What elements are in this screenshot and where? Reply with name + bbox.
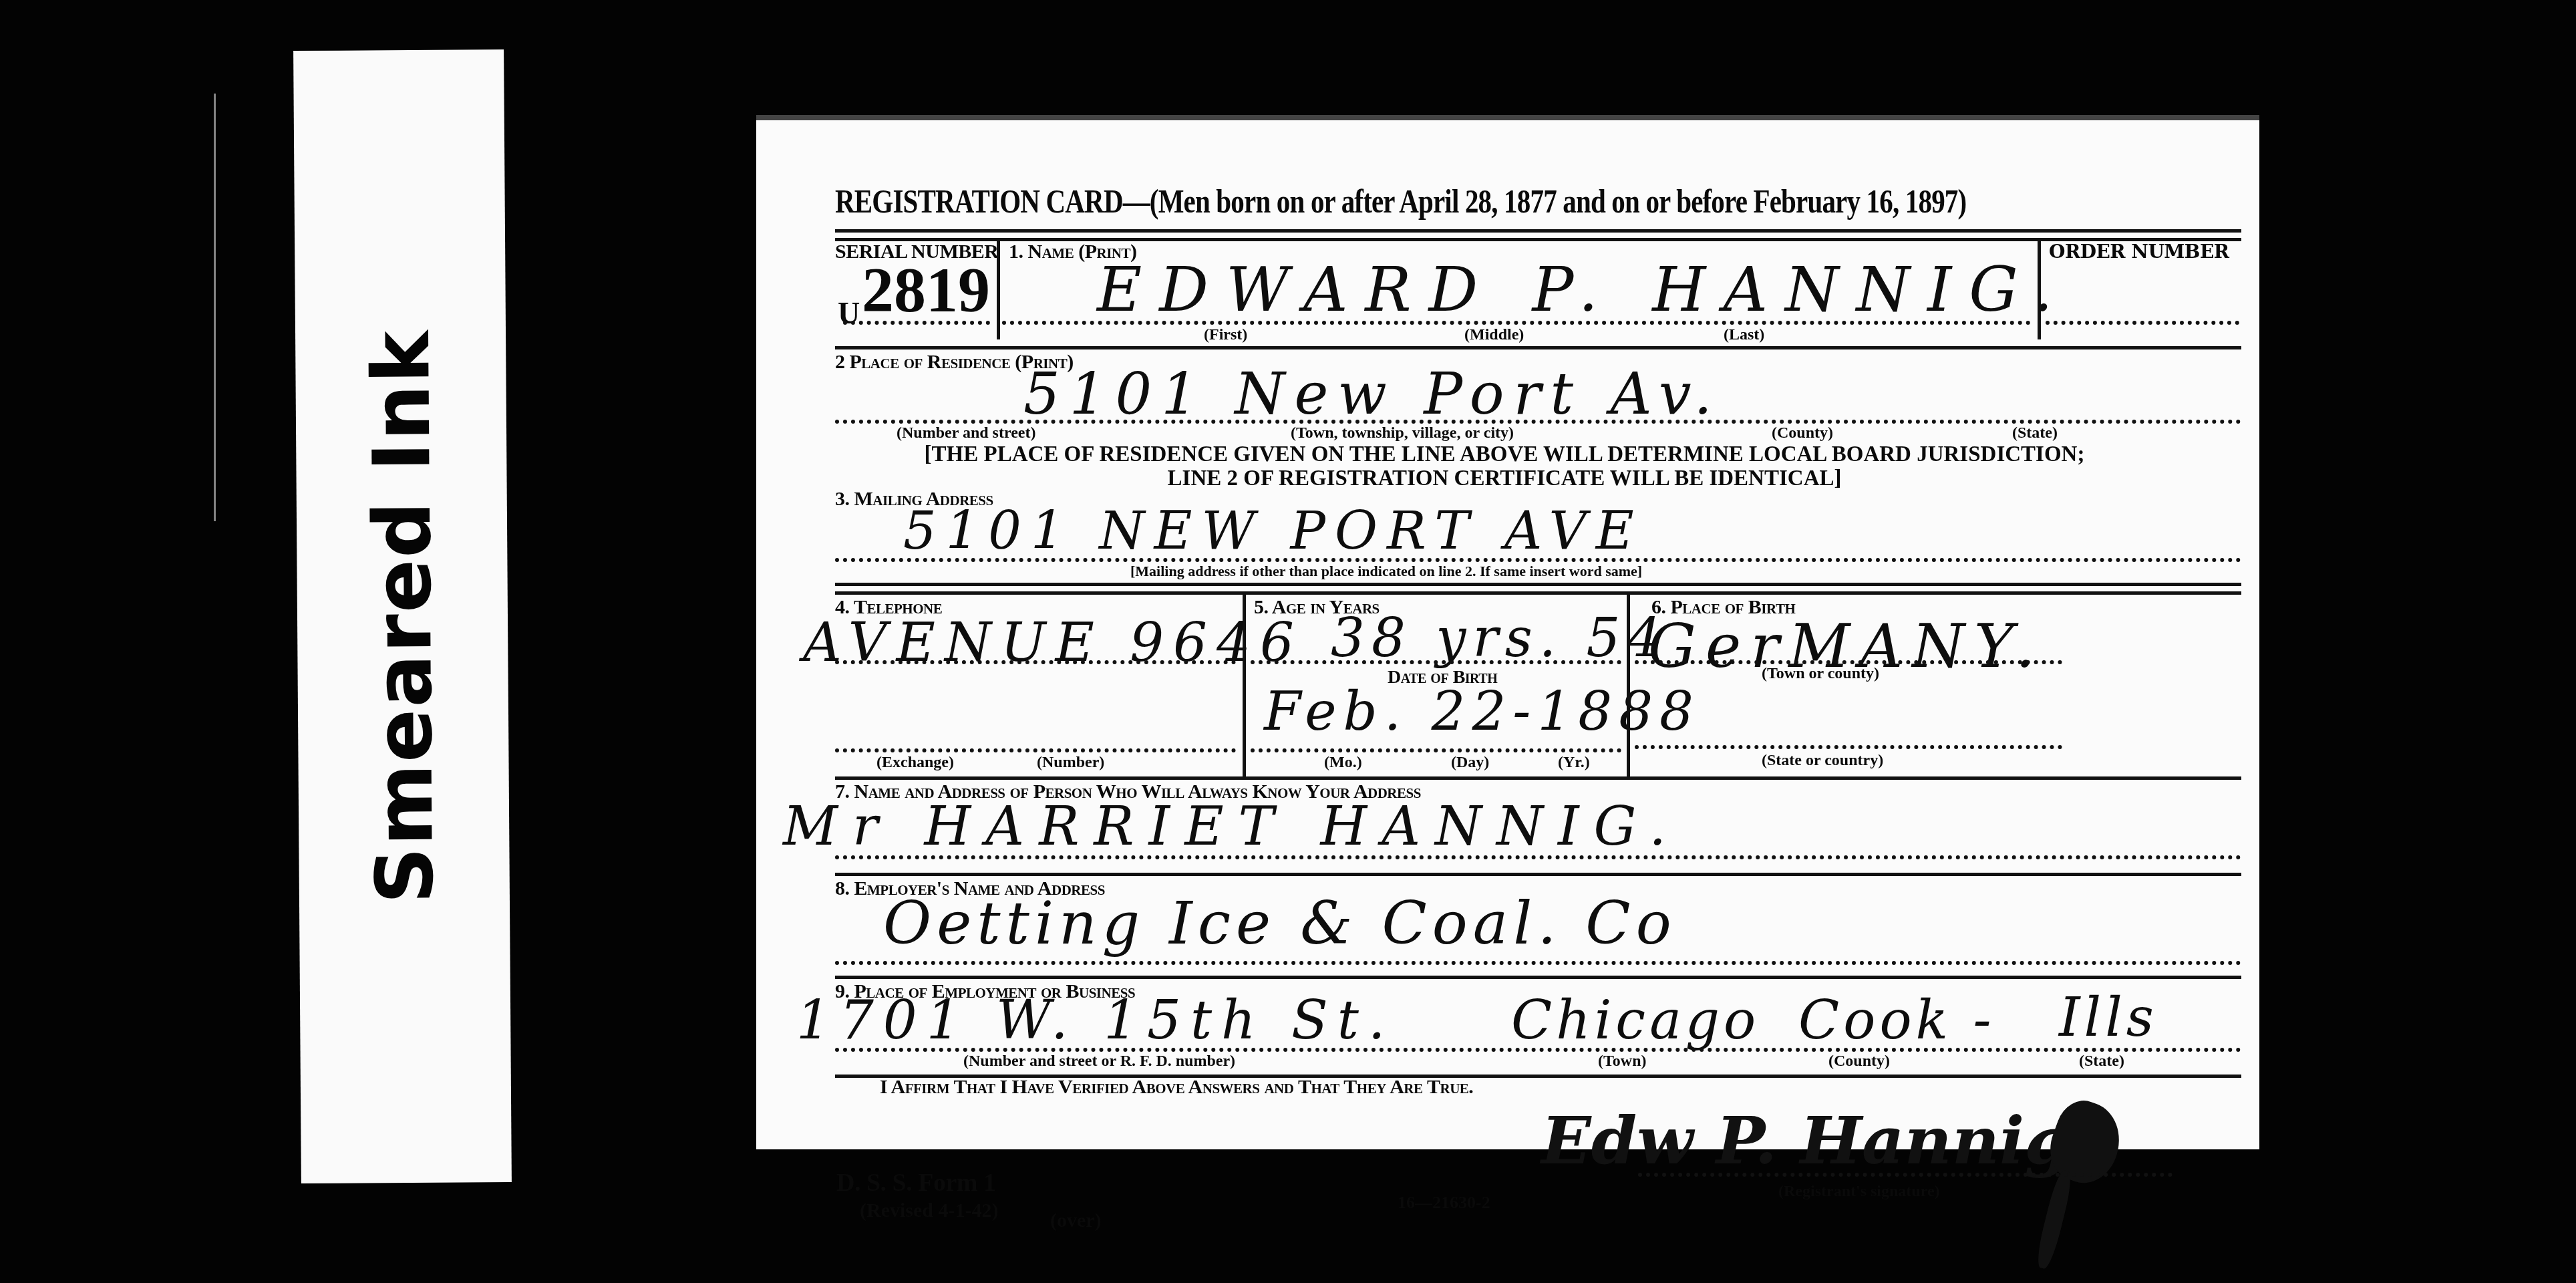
telephone-value: AVENUE 9646 bbox=[803, 611, 1303, 674]
annotation-label-strip: Smeared Ink bbox=[293, 49, 512, 1183]
order-number-field bbox=[2046, 321, 2239, 325]
field-line bbox=[1635, 660, 2062, 664]
date-of-birth-value: Feb. 22-1888 bbox=[1264, 680, 1700, 742]
field-line bbox=[835, 961, 2241, 965]
field-line bbox=[835, 748, 1236, 752]
divider bbox=[835, 776, 2241, 780]
order-number-label: ORDER NUMBER bbox=[2049, 241, 2229, 263]
divider bbox=[835, 583, 2241, 586]
caption-number-street: (Number and street) bbox=[897, 424, 1035, 442]
divider bbox=[835, 976, 2241, 979]
field-line bbox=[1251, 748, 1621, 752]
caption-month: (Mo.) bbox=[1324, 754, 1362, 772]
over-note: (over) bbox=[1050, 1209, 1102, 1232]
employment-town-value: Chicago bbox=[1511, 989, 1760, 1051]
field-line bbox=[1002, 321, 2031, 325]
mailing-address-value: 5101 NEW PORT AVE bbox=[903, 501, 1643, 561]
annotation-label-text: Smeared Ink bbox=[355, 329, 451, 904]
caption-number: (Number) bbox=[1037, 754, 1104, 772]
serial-prefix: U bbox=[838, 295, 860, 331]
field-line bbox=[835, 660, 1236, 664]
field-line bbox=[835, 420, 2241, 424]
registrant-signature: Edw P. Hannig bbox=[1541, 1103, 2070, 1179]
divider bbox=[835, 591, 2241, 595]
field-line bbox=[835, 558, 2241, 562]
film-scratch bbox=[214, 94, 222, 521]
caption-middle: (Middle) bbox=[1464, 326, 1524, 344]
card-heading: REGISTRATION CARD—(Men born on or after … bbox=[835, 182, 1966, 221]
contact-person-value: Mr HARRIET HANNIG. bbox=[783, 795, 1681, 857]
mailing-address-caption: [Mailing address if other than place ind… bbox=[1130, 563, 1642, 580]
employment-street-value: 1701 W. 15th St. bbox=[796, 989, 1394, 1051]
field-line bbox=[835, 855, 2241, 859]
field-line bbox=[843, 321, 990, 325]
employer-value: Oetting Ice & Coal. Co bbox=[883, 889, 1677, 958]
caption-town: (Town) bbox=[1598, 1052, 1646, 1071]
ink-smear bbox=[2034, 1169, 2075, 1270]
caption-town: (Town, township, village, or city) bbox=[1291, 424, 1514, 442]
caption-state: (State) bbox=[2012, 424, 2058, 442]
caption-day: (Day) bbox=[1451, 754, 1489, 772]
signature-line bbox=[1638, 1173, 2172, 1177]
field-line bbox=[1251, 660, 1621, 664]
employment-county-value: Cook - bbox=[1798, 989, 1995, 1051]
caption-county: (County) bbox=[1828, 1052, 1890, 1071]
divider bbox=[1243, 595, 1246, 776]
serial-number-value: 2819 bbox=[862, 253, 990, 327]
name-value: EDWARD P. HANNIG. bbox=[1097, 254, 2070, 325]
divider bbox=[1627, 595, 1630, 776]
caption-first: (First) bbox=[1204, 326, 1247, 344]
residence-notice: [THE PLACE OF RESIDENCE GIVEN ON THE LIN… bbox=[923, 442, 2086, 490]
caption-year: (Yr.) bbox=[1558, 754, 1590, 772]
print-code: 16—21630-2 bbox=[1398, 1193, 1490, 1213]
field-line bbox=[835, 1048, 2241, 1052]
caption-town-county: (Town or county) bbox=[1762, 665, 1879, 683]
signature-caption: (Registrant's signature) bbox=[1778, 1183, 1940, 1201]
divider bbox=[2038, 239, 2041, 339]
registration-card: REGISTRATION CARD—(Men born on or after … bbox=[756, 115, 2259, 1149]
divider bbox=[835, 229, 2241, 233]
divider bbox=[835, 873, 2241, 876]
divider bbox=[835, 346, 2241, 349]
divider bbox=[997, 239, 1000, 339]
caption-state-country: (State or country) bbox=[1762, 752, 1883, 770]
residence-value: 5101 New Port Av. bbox=[1023, 361, 1722, 428]
caption-last: (Last) bbox=[1724, 326, 1764, 344]
affirmation-text: I Affirm That I Have Verified Above Answ… bbox=[880, 1076, 1473, 1099]
caption-exchange: (Exchange) bbox=[876, 754, 954, 772]
caption-street-rfd: (Number and street or R. F. D. number) bbox=[963, 1052, 1235, 1071]
form-number: D. S. S. Form 1 bbox=[836, 1168, 995, 1197]
form-revision: (Revised 4-1-42) bbox=[860, 1199, 998, 1222]
caption-county: (County) bbox=[1772, 424, 1833, 442]
employment-state-value: Ills bbox=[2059, 986, 2158, 1048]
caption-state: (State) bbox=[2079, 1052, 2124, 1071]
field-line bbox=[1635, 745, 2062, 749]
